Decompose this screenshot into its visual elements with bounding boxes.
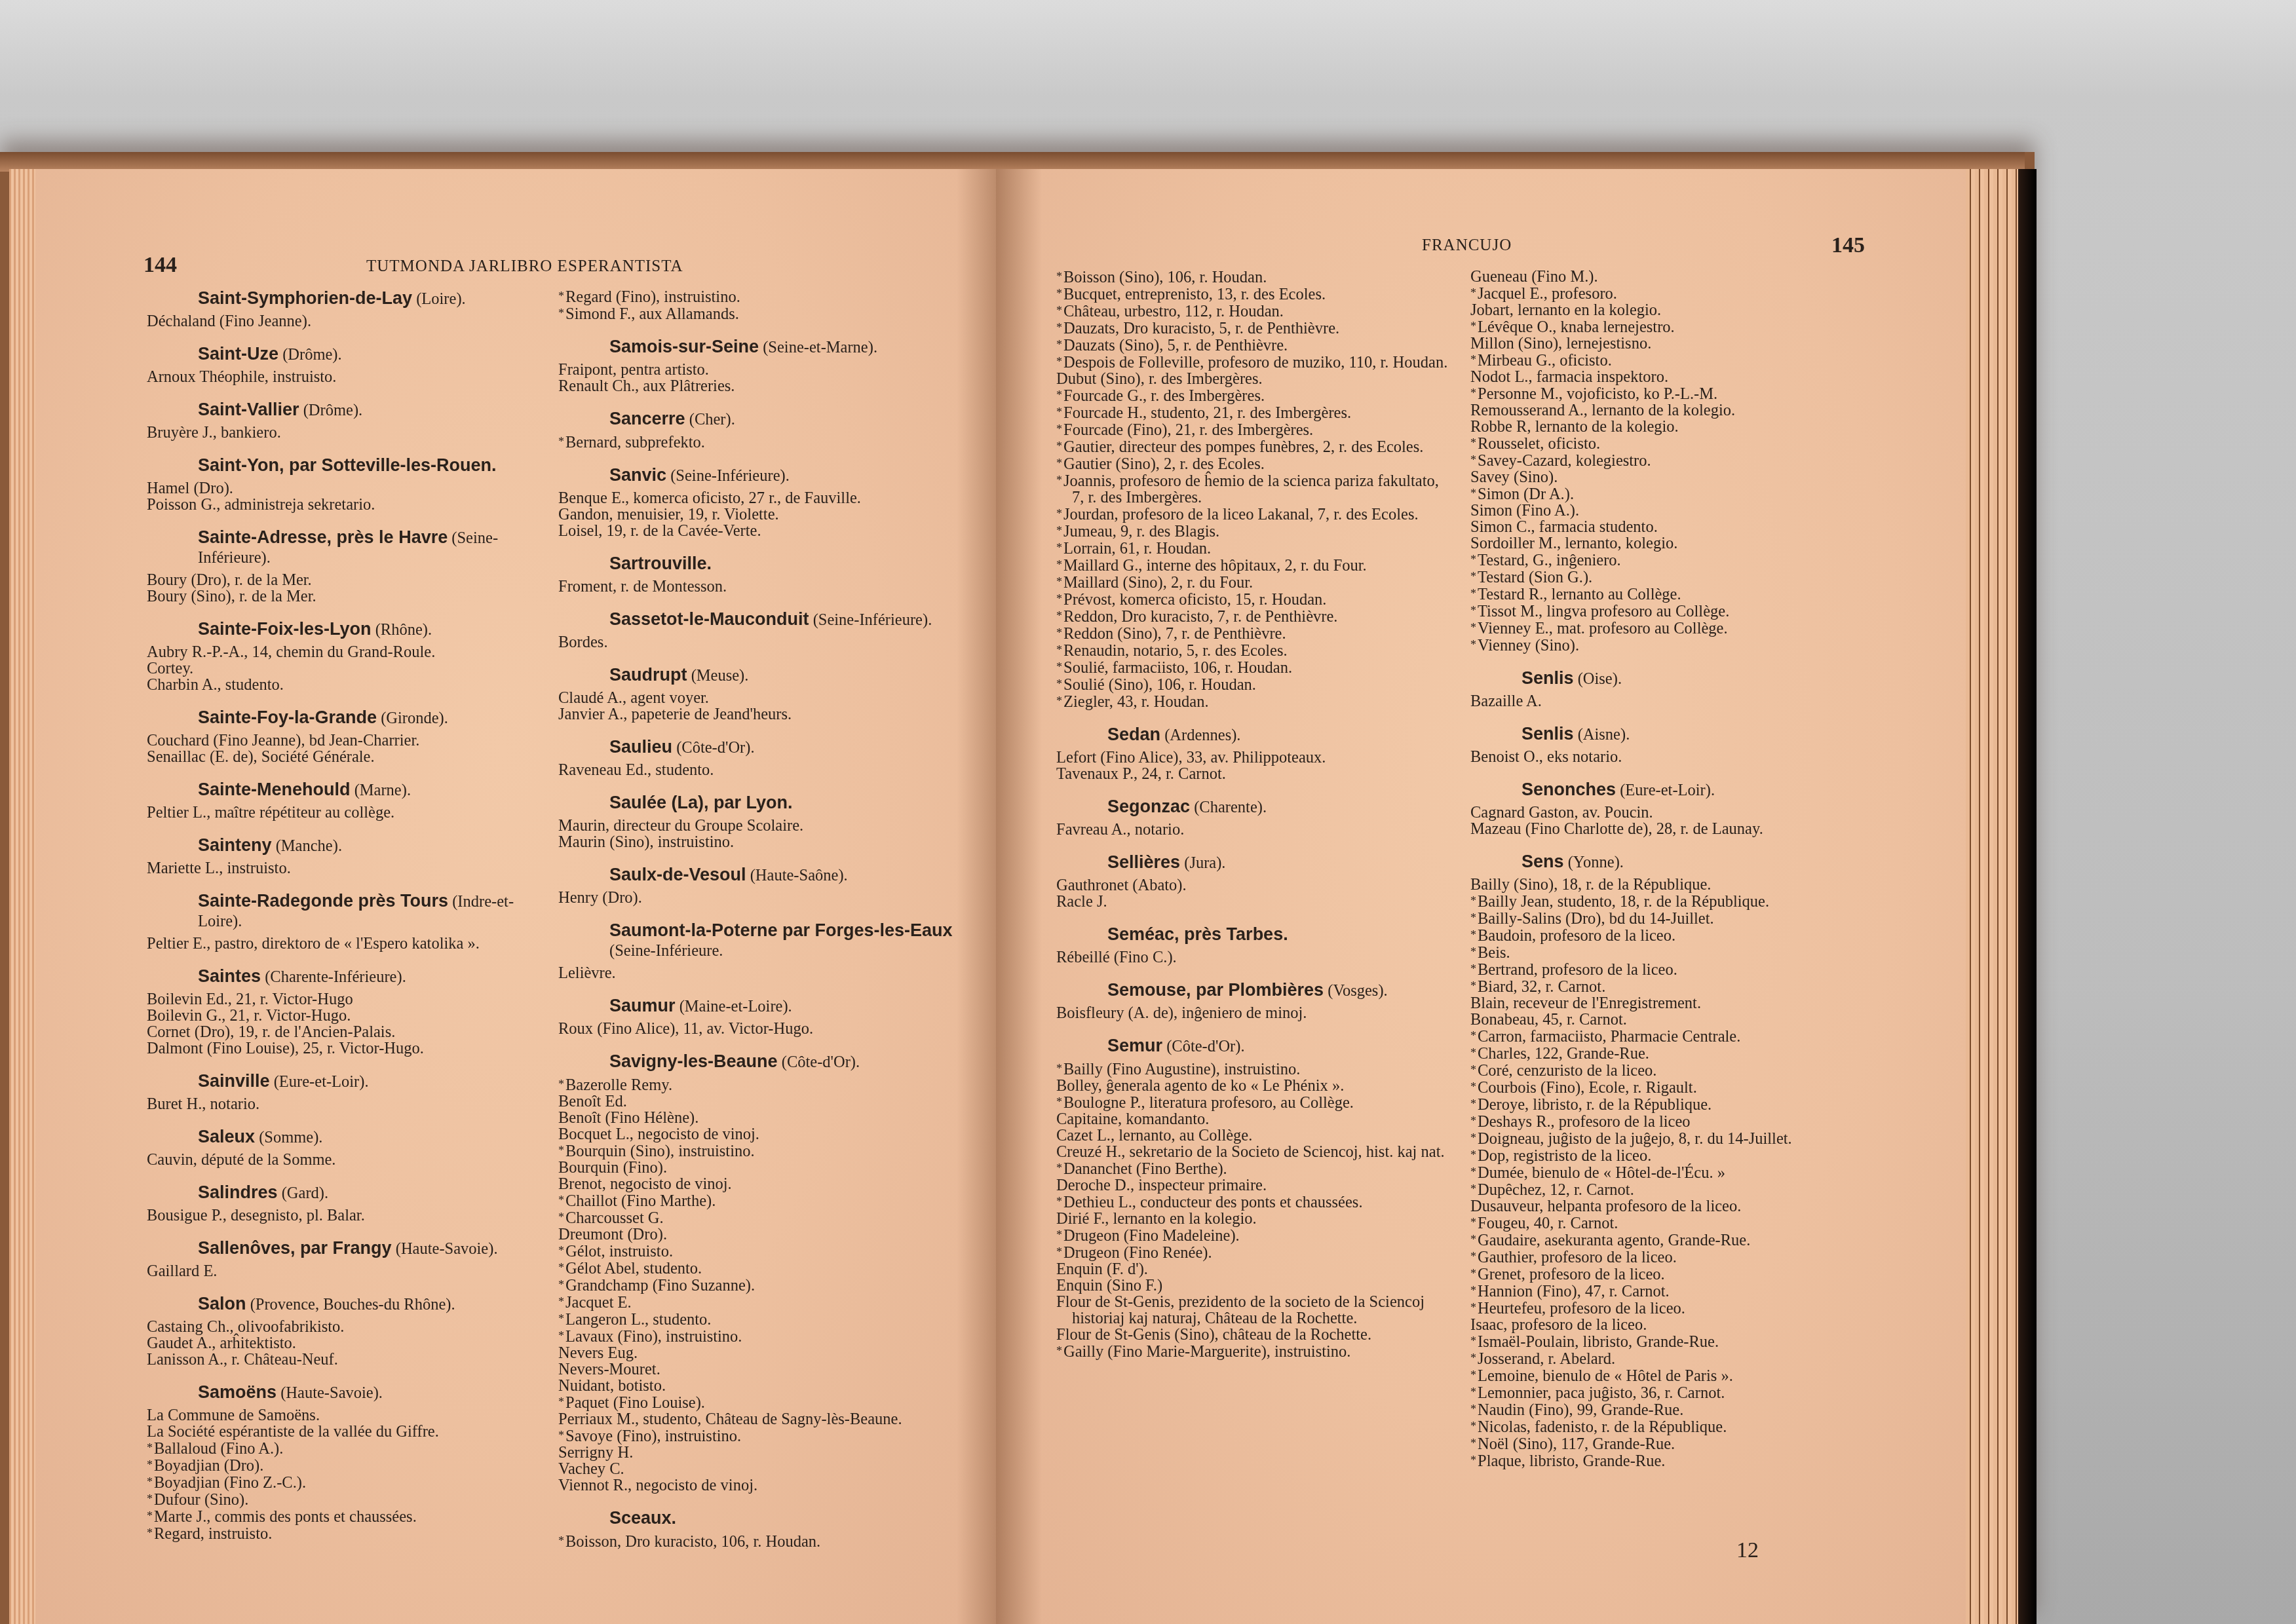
member-entry: *Lemonnier, paca juĝisto, 36, r. Carnot.	[1470, 1384, 1877, 1401]
member-text: Gélot, instruisto.	[565, 1243, 673, 1260]
member-entry: *Ismaël-Poulain, libristo, Grande-Rue.	[1470, 1333, 1877, 1350]
city-heading: Senonches (Eure-et-Loir).	[1470, 780, 1877, 801]
member-entry: Jobart, lernanto en la kolegio.	[1470, 302, 1877, 318]
member-text: Bazerolle Remy.	[565, 1076, 672, 1094]
asterisk-marker-icon: *	[1470, 621, 1476, 634]
city-heading: Sartrouville.	[558, 554, 965, 575]
asterisk-marker-icon: *	[1056, 1344, 1062, 1357]
region-label: (Drôme).	[282, 346, 341, 364]
city-heading: Sainteny (Manche).	[147, 835, 553, 856]
city-heading: Saulx-de-Vesoul (Haute-Saône).	[558, 865, 965, 886]
member-entry: Déchaland (Fino Jeanne).	[147, 313, 553, 330]
city-name: Saulieu	[609, 737, 672, 757]
member-entry: Bonabeau, 45, r. Carnot.	[1470, 1011, 1877, 1028]
region-label: (Seine-Inférieure).	[670, 467, 790, 485]
member-entry: Benque E., komerca oficisto, 27 r., de F…	[558, 490, 965, 506]
region-label: (Haute-Saône).	[750, 867, 848, 884]
member-text: Maillard G., interne des hôpitaux, 2, r.…	[1063, 557, 1367, 575]
region-label: (Loire).	[416, 290, 466, 308]
member-entry: Arnoux Théophile, instruisto.	[147, 369, 553, 385]
member-entry: *Josserand, r. Abelard.	[1470, 1350, 1877, 1367]
member-entry: Remousserand A., lernanto de la kolegio.	[1470, 402, 1877, 419]
member-entry: *Savoye (Fino), instruistino.	[558, 1427, 965, 1445]
member-entry: Benoît Ed.	[558, 1093, 965, 1110]
member-entry: Capitaine, komandanto.	[1056, 1111, 1449, 1127]
member-entry: Aubry R.-P.-A., 14, chemin du Grand-Roul…	[147, 644, 553, 660]
member-text: Couchard (Fino Jeanne), bd Jean-Charrier…	[147, 732, 419, 749]
member-entry: Peltier E., pastro, direktoro de « l'Esp…	[147, 935, 553, 952]
member-entry: Bordes.	[558, 634, 965, 651]
region-label: (Rhône).	[375, 621, 432, 639]
asterisk-marker-icon: *	[1470, 1165, 1476, 1179]
member-entry: La Commune de Samoëns.	[147, 1407, 553, 1424]
city-name: Saumont-la-Poterne par Forges-les-Eaux	[609, 920, 953, 940]
asterisk-marker-icon: *	[558, 290, 564, 303]
member-entry: *Langeron L., studento.	[558, 1311, 965, 1328]
asterisk-marker-icon: *	[1056, 457, 1062, 470]
member-entry: Couchard (Fino Jeanne), bd Jean-Charrier…	[147, 732, 553, 749]
asterisk-marker-icon: *	[1056, 406, 1062, 419]
member-text: Reddon (Sino), 7, r. de Penthièvre.	[1063, 625, 1286, 643]
member-entry: *Gauthier, profesoro de la liceo.	[1470, 1249, 1877, 1266]
member-text: Chaillot (Fino Marthe).	[565, 1192, 716, 1210]
member-text: Courbois (Fino), Ecole, r. Rigault.	[1478, 1079, 1697, 1097]
member-entry: *Fourcade H., studento, 21, r. des Imber…	[1056, 404, 1449, 421]
member-entry: *Lavaux (Fino), instruistino.	[558, 1328, 965, 1345]
member-text: Mariette L., instruisto.	[147, 859, 291, 877]
asterisk-marker-icon: *	[1056, 694, 1062, 708]
member-entry: *Vienney (Sino).	[1470, 637, 1877, 654]
asterisk-marker-icon: *	[558, 307, 564, 320]
member-entry: *Noël (Sino), 117, Grande-Rue.	[1470, 1435, 1877, 1452]
member-entry: *Boisson (Sino), 106, r. Houdan.	[1056, 269, 1449, 286]
city-name: Sellières	[1107, 852, 1180, 872]
member-entry: *Fourcade G., r. des Imbergères.	[1056, 387, 1449, 404]
member-text: Aubry R.-P.-A., 14, chemin du Grand-Roul…	[147, 643, 435, 661]
member-text: Paquet (Fino Louise).	[565, 1394, 705, 1412]
book-edge-shadow	[2018, 169, 2037, 1624]
member-text: Capitaine, komandanto.	[1056, 1110, 1209, 1128]
member-text: Bailly-Salins (Dro), bd du 14-Juillet.	[1478, 910, 1714, 928]
member-text: Arnoux Théophile, instruisto.	[147, 368, 336, 386]
member-text: Enquin (Sino F.)	[1056, 1277, 1162, 1294]
city-name: Saint-Yon, par Sotteville-les-Rouen.	[198, 455, 497, 475]
member-entry: Dubut (Sino), r. des Imbergères.	[1056, 371, 1449, 387]
member-entry: *Naudin (Fino), 99, Grande-Rue.	[1470, 1401, 1877, 1418]
asterisk-marker-icon: *	[1470, 487, 1476, 500]
page-number: 145	[1831, 233, 1865, 258]
member-entry: *Plaque, libristo, Grande-Rue.	[1470, 1452, 1877, 1469]
member-entry: *Jumeau, 9, r. des Blagis.	[1056, 523, 1449, 540]
member-text: Remousserand A., lernanto de la kolegio.	[1470, 402, 1735, 419]
city-name: Sassetot-le-Mauconduit	[609, 609, 809, 629]
asterisk-marker-icon: *	[1470, 587, 1476, 600]
member-text: Cortey.	[147, 660, 193, 677]
member-text: Dalmont (Fino Louise), 25, r. Victor-Hug…	[147, 1040, 424, 1057]
member-entry: Gaudet A., arĥitektisto.	[147, 1335, 553, 1351]
region-label: (Charente).	[1194, 799, 1267, 816]
asterisk-marker-icon: *	[1470, 1250, 1476, 1263]
member-text: Ballaloud (Fino A.).	[154, 1440, 283, 1458]
asterisk-marker-icon: *	[1470, 1420, 1476, 1433]
member-text: Fougeu, 40, r. Carnot.	[1478, 1215, 1618, 1232]
region-label: (Jura).	[1184, 854, 1225, 872]
city-name: Sainville	[198, 1071, 270, 1091]
member-entry: Enquin (F. d').	[1056, 1261, 1449, 1277]
member-text: Flour de St-Genis, prezidento de la soci…	[1056, 1293, 1425, 1327]
member-entry: Fraipont, pentra artisto.	[558, 362, 965, 378]
member-text: Noël (Sino), 117, Grande-Rue.	[1478, 1435, 1675, 1453]
member-entry: *Gélot Abel, studento.	[558, 1260, 965, 1277]
region-label: (Somme).	[259, 1129, 322, 1146]
member-entry: *Gautier (Sino), 2, r. des Ecoles.	[1056, 455, 1449, 472]
region-label: (Seine-Inférieure).	[813, 611, 932, 629]
member-text: Dumée, bienulo de « Hôtel-de-l'Écu. »	[1478, 1164, 1725, 1182]
member-entry: Nevers-Mouret.	[558, 1361, 965, 1378]
member-text: Jourdan, profesoro de la liceo Lakanal, …	[1063, 506, 1419, 523]
region-label: (Oise).	[1578, 670, 1622, 688]
member-text: Mirbeau G., oficisto.	[1478, 352, 1612, 369]
directory-column: Gueneau (Fino M.).*Jacquel E., profesoro…	[1470, 269, 1877, 1469]
member-entry: Savey (Sino).	[1470, 469, 1877, 485]
city-heading: Sainte-Radegonde près Tours (Indre-et-Lo…	[147, 891, 553, 932]
member-text: La Société espérantiste de la vallée du …	[147, 1423, 439, 1441]
member-text: Creuzé H., sekretario de la Societo de S…	[1056, 1143, 1445, 1161]
member-text: Boulogne P., literatura profesoro, au Co…	[1063, 1094, 1354, 1112]
member-text: Grandchamp (Fino Suzanne).	[565, 1277, 755, 1294]
member-entry: *Jourdan, profesoro de la liceo Lakanal,…	[1056, 506, 1449, 523]
region-label: (Vosges).	[1328, 982, 1387, 1000]
member-text: Perriaux M., studento, Château de Sagny-…	[558, 1410, 902, 1428]
member-entry: *Gautier, directeur des pompes funèbres,…	[1056, 438, 1449, 455]
member-text: Beis.	[1478, 944, 1510, 962]
city-name: Senlis	[1521, 724, 1574, 744]
member-text: Simon (Fino A.).	[1470, 502, 1579, 519]
region-label: (Ardennes).	[1164, 727, 1240, 744]
member-text: Boilevin G., 21, r. Victor-Hugo.	[147, 1007, 351, 1025]
member-entry: *Vienney E., mat. profesoro au Collège.	[1470, 620, 1877, 637]
asterisk-marker-icon: *	[1470, 911, 1476, 924]
city-name: Sainte-Foix-les-Lyon	[198, 619, 372, 639]
member-entry: *Jacquel E., profesoro.	[1470, 285, 1877, 302]
member-entry: *Gaudaire, asekuranta agento, Grande-Rue…	[1470, 1232, 1877, 1249]
asterisk-marker-icon: *	[1470, 979, 1476, 992]
region-label: (Charente-Inférieure).	[265, 968, 406, 986]
member-entry: Mariette L., instruisto.	[147, 860, 553, 877]
member-entry: *Bernard, subprefekto.	[558, 434, 965, 451]
member-entry: *Chaillot (Fino Marthe).	[558, 1192, 965, 1209]
member-text: Coré, cenzuristo de la liceo.	[1478, 1062, 1656, 1080]
asterisk-marker-icon: *	[1470, 894, 1476, 907]
member-entry: *Reddon, Dro kuracisto, 7, r. de Penthiè…	[1056, 608, 1449, 625]
member-text: Bonabeau, 45, r. Carnot.	[1470, 1011, 1627, 1029]
member-entry: *Joannis, profesoro de ĥemio de la scien…	[1056, 472, 1449, 506]
asterisk-marker-icon: *	[558, 1261, 564, 1274]
member-text: Prévost, komerca oficisto, 15, r. Houdan…	[1063, 591, 1326, 609]
member-text: Poisson G., administreja sekretario.	[147, 496, 375, 514]
member-text: Bertrand, profesoro de la liceo.	[1478, 961, 1677, 979]
member-text: Boisson, Dro kuracisto, 106, r. Houdan.	[565, 1533, 820, 1551]
member-text: Raveneau Ed., studento.	[558, 761, 714, 779]
region-label: (Marne).	[354, 782, 411, 799]
member-entry: *Lemoine, bienulo de « Hôtel de Paris ».	[1470, 1367, 1877, 1384]
member-text: Fourcade G., r. des Imbergères.	[1063, 387, 1265, 405]
member-text: Dauzats (Sino), 5, r. de Penthièvre.	[1063, 337, 1288, 354]
member-text: Claudé A., agent voyer.	[558, 689, 709, 707]
member-entry: *Deshays R., profesoro de la liceo	[1470, 1113, 1877, 1130]
member-text: Personne M., vojoficisto, ko P.-L.-M.	[1478, 385, 1717, 403]
member-entry: Brenot, negocisto de vinoj.	[558, 1176, 965, 1192]
member-entry: Gandon, menuisier, 19, r. Violette.	[558, 506, 965, 523]
asterisk-marker-icon: *	[1056, 1161, 1062, 1175]
member-entry: *Bertrand, profesoro de la liceo.	[1470, 961, 1877, 978]
member-entry: *Bailly (Fino Augustine), instruistino.	[1056, 1061, 1449, 1078]
member-entry: Dirié F., lernanto en la kolegio.	[1056, 1211, 1449, 1227]
member-text: Henry (Dro).	[558, 889, 642, 907]
left-page: 144 TUTMONDA JARLIBRO ESPERANTISTA Saint…	[9, 169, 996, 1624]
member-entry: Cornet (Dro), 19, r. de l'Ancien-Palais.	[147, 1024, 553, 1040]
member-entry: Lefort (Fino Alice), 33, av. Philippotea…	[1056, 749, 1449, 766]
asterisk-marker-icon: *	[1056, 660, 1062, 673]
member-text: Ziegler, 43, r. Houdan.	[1063, 693, 1209, 711]
member-entry: *Lévêque O., knaba lernejestro.	[1470, 318, 1877, 335]
member-entry: Nodot L., farmacia inspektoro.	[1470, 369, 1877, 385]
member-text: Gélot Abel, studento.	[565, 1260, 702, 1277]
member-text: Bordes.	[558, 633, 608, 651]
member-entry: Isaac, profesoro de la liceo.	[1470, 1317, 1877, 1333]
region-label: (Drôme).	[303, 402, 362, 419]
asterisk-marker-icon: *	[1056, 575, 1062, 588]
city-heading: Saumont-la-Poterne par Forges-les-Eaux (…	[558, 920, 965, 961]
member-entry: *Drugeon (Fino Renée).	[1056, 1244, 1449, 1261]
member-entry: *Soulié, farmaciisto, 106, r. Houdan.	[1056, 659, 1449, 676]
region-label: (Haute-Savoie).	[396, 1240, 498, 1258]
right-page: FRANCUJO 145 *Boisson (Sino), 106, r. Ho…	[996, 169, 2018, 1624]
member-text: Cazet L., lernanto, au Collège.	[1056, 1127, 1252, 1144]
asterisk-marker-icon: *	[1470, 453, 1476, 466]
asterisk-marker-icon: *	[1470, 286, 1476, 299]
member-entry: *Testard, G., inĝeniero.	[1470, 552, 1877, 569]
member-entry: Poisson G., administreja sekretario.	[147, 497, 553, 513]
asterisk-marker-icon: *	[1470, 387, 1476, 400]
city-heading: Saleux (Somme).	[147, 1127, 553, 1148]
asterisk-marker-icon: *	[1470, 962, 1476, 975]
asterisk-marker-icon: *	[1470, 945, 1476, 958]
member-text: Benoît (Fino Hélène).	[558, 1109, 698, 1127]
member-entry: Tavenaux P., 24, r. Carnot.	[1056, 766, 1449, 782]
member-entry: Boury (Sino), r. de la Mer.	[147, 588, 553, 605]
member-text: Brenot, negocisto de vinoj.	[558, 1175, 732, 1193]
member-entry: Buret H., notario.	[147, 1096, 553, 1112]
member-text: Gaudet A., arĥitektisto.	[147, 1334, 296, 1352]
member-entry: Enquin (Sino F.)	[1056, 1277, 1449, 1294]
city-name: Saulx-de-Vesoul	[609, 865, 746, 884]
member-text: Senaillac (E. de), Société Générale.	[147, 748, 375, 766]
asterisk-marker-icon: *	[1056, 541, 1062, 554]
asterisk-marker-icon: *	[1056, 1245, 1062, 1258]
region-label: (Côte-d'Or).	[782, 1053, 860, 1071]
member-text: Testard (Sion G.).	[1478, 569, 1592, 586]
city-heading: Salon (Provence, Bouches-du Rhône).	[147, 1294, 553, 1315]
member-text: Bucquet, entreprenisto, 13, r. des Ecole…	[1063, 286, 1326, 303]
city-heading: Sassetot-le-Mauconduit (Seine-Inférieure…	[558, 609, 965, 630]
member-text: Gueneau (Fino M.).	[1470, 268, 1598, 286]
asterisk-marker-icon: *	[558, 1144, 564, 1157]
city-heading: Saulée (La), par Lyon.	[558, 793, 965, 814]
member-entry: *Marte J., commis des ponts et chaussées…	[147, 1508, 553, 1525]
city-name: Sainte-Menehould	[198, 780, 351, 799]
member-text: Loisel, 19, r. de la Cavée-Verte.	[558, 522, 761, 540]
member-entry: Boilevin Ed., 21, r. Victor-Hugo	[147, 991, 553, 1008]
member-text: Baudoin, profesoro de la liceo.	[1478, 927, 1675, 945]
member-entry: *Simond F., aux Allamands.	[558, 305, 965, 322]
member-entry: Boilevin G., 21, r. Victor-Hugo.	[147, 1008, 553, 1024]
member-entry: *Grenet, profesoro de la liceo.	[1470, 1266, 1877, 1283]
asterisk-marker-icon: *	[1470, 1267, 1476, 1280]
member-text: Joannis, profesoro de ĥemio de la scienc…	[1063, 472, 1439, 506]
member-text: Regard (Fino), instruistino.	[565, 288, 740, 306]
city-heading: Sceaux.	[558, 1508, 965, 1529]
member-text: Dupêchez, 12, r. Carnot.	[1478, 1181, 1634, 1199]
running-head: TUTMONDA JARLIBRO ESPERANTISTA	[366, 257, 683, 276]
member-entry: Blain, receveur de l'Enregistrement.	[1470, 995, 1877, 1011]
city-heading: Sellières (Jura).	[1056, 852, 1449, 873]
member-entry: *Testard R., lernanto au Collège.	[1470, 586, 1877, 603]
member-entry: Nuidant, botisto.	[558, 1378, 965, 1394]
city-heading: Saint-Uze (Drôme).	[147, 344, 553, 365]
member-text: Viennot R., negocisto de vinoj.	[558, 1477, 757, 1494]
asterisk-marker-icon: *	[558, 1312, 564, 1325]
asterisk-marker-icon: *	[1470, 553, 1476, 566]
member-text: Gandon, menuisier, 19, r. Violette.	[558, 506, 779, 523]
asterisk-marker-icon: *	[1470, 1114, 1476, 1127]
city-name: Sallenôves, par Frangy	[198, 1238, 392, 1258]
member-entry: *Boyadjian (Fino Z.-C.).	[147, 1474, 553, 1491]
city-name: Saintes	[198, 966, 261, 986]
member-text: Dubut (Sino), r. des Imbergères.	[1056, 370, 1263, 388]
member-text: Charbin A., studento.	[147, 676, 284, 694]
asterisk-marker-icon: *	[1056, 338, 1062, 351]
asterisk-marker-icon: *	[1056, 474, 1062, 487]
city-name: Samoëns	[198, 1382, 277, 1402]
city-heading: Segonzac (Charente).	[1056, 797, 1449, 818]
member-entry: *Gailly (Fino Marie-Marguerite), instrui…	[1056, 1343, 1449, 1360]
member-entry: *Boulogne P., literatura profesoro, au C…	[1056, 1094, 1449, 1111]
member-text: Dusauveur, helpanta profesoro de la lice…	[1470, 1198, 1741, 1215]
member-text: Boyadjian (Dro).	[154, 1457, 263, 1475]
member-entry: Robbe R, lernanto de la kolegio.	[1470, 419, 1877, 435]
member-entry: Charbin A., studento.	[147, 677, 553, 693]
member-text: La Commune de Samoëns.	[147, 1407, 320, 1424]
region-label: (Eure-et-Loir).	[274, 1073, 369, 1091]
member-entry: *Château, urbestro, 112, r. Houdan.	[1056, 303, 1449, 320]
member-text: Savoye (Fino), instruistino.	[565, 1427, 741, 1445]
member-text: Buret H., notario.	[147, 1095, 259, 1113]
asterisk-marker-icon: *	[1056, 677, 1062, 690]
asterisk-marker-icon: *	[558, 1295, 564, 1308]
member-entry: *Dethieu L., conducteur des ponts et cha…	[1056, 1194, 1449, 1211]
member-entry: *Maillard G., interne des hôpitaux, 2, r…	[1056, 557, 1449, 574]
member-text: Marte J., commis des ponts et chaussées.	[154, 1508, 417, 1526]
city-name: Sceaux.	[609, 1508, 676, 1528]
asterisk-marker-icon: *	[147, 1492, 153, 1505]
asterisk-marker-icon: *	[1470, 1284, 1476, 1297]
member-entry: Cortey.	[147, 660, 553, 677]
member-entry: *Dananchet (Fino Berthe).	[1056, 1160, 1449, 1177]
member-text: Drugeon (Fino Madeleine).	[1063, 1227, 1240, 1245]
member-entry: *Ballaloud (Fino A.).	[147, 1440, 553, 1457]
member-text: Robbe R, lernanto de la kolegio.	[1470, 418, 1679, 436]
member-entry: Gueneau (Fino M.).	[1470, 269, 1877, 285]
asterisk-marker-icon: *	[1056, 558, 1062, 571]
city-heading: Sainte-Adresse, près le Havre (Seine-Inf…	[147, 527, 553, 568]
member-text: Fraipont, pentra artisto.	[558, 361, 709, 379]
member-text: Lavaux (Fino), instruistino.	[565, 1328, 742, 1346]
city-heading: Saintes (Charente-Inférieure).	[147, 966, 553, 987]
member-entry: *Testard (Sion G.).	[1470, 569, 1877, 586]
city-name: Senlis	[1521, 668, 1574, 688]
asterisk-marker-icon: *	[1056, 592, 1062, 605]
member-text: Château, urbestro, 112, r. Houdan.	[1063, 303, 1284, 320]
member-text: Cornet (Dro), 19, r. de l'Ancien-Palais.	[147, 1023, 395, 1041]
member-text: Testard, G., inĝeniero.	[1478, 552, 1621, 569]
city-heading: Sainville (Eure-et-Loir).	[147, 1071, 553, 1092]
member-text: Gaudaire, asekuranta agento, Grande-Rue.	[1478, 1232, 1750, 1249]
asterisk-marker-icon: *	[1056, 1228, 1062, 1241]
asterisk-marker-icon: *	[1470, 1063, 1476, 1076]
city-heading: Savigny-les-Beaune (Côte-d'Or).	[558, 1051, 965, 1072]
member-text: Savey-Cazard, kolegiestro.	[1478, 452, 1651, 470]
member-entry: *Drugeon (Fino Madeleine).	[1056, 1227, 1449, 1244]
member-text: Vienney E., mat. profesoro au Collège.	[1478, 620, 1728, 637]
member-text: Nevers Eug.	[558, 1344, 638, 1362]
member-entry: *Personne M., vojoficisto, ko P.-L.-M.	[1470, 385, 1877, 402]
asterisk-marker-icon: *	[1056, 524, 1062, 537]
member-entry: Deroche D., inspecteur primaire.	[1056, 1177, 1449, 1194]
asterisk-marker-icon: *	[1056, 270, 1062, 283]
city-name: Sanvic	[609, 465, 666, 485]
member-entry: Bousigue P., desegnisto, pl. Balar.	[147, 1207, 553, 1224]
member-entry: Bruyère J., bankiero.	[147, 425, 553, 441]
member-entry: Gaillard E.	[147, 1263, 553, 1279]
member-entry: *Carron, farmaciisto, Pharmacie Centrale…	[1470, 1028, 1877, 1045]
asterisk-marker-icon: *	[558, 1278, 564, 1291]
asterisk-marker-icon: *	[1056, 1095, 1062, 1108]
member-entry: Hamel (Dro).	[147, 480, 553, 497]
asterisk-marker-icon: *	[1056, 423, 1062, 436]
member-text: Racle J.	[1056, 893, 1107, 911]
member-text: Froment, r. de Montesson.	[558, 578, 727, 595]
city-name: Senonches	[1521, 780, 1616, 799]
city-name: Seméac, près Tarbes.	[1107, 924, 1288, 944]
member-text: Bernard, subprefekto.	[565, 434, 705, 451]
member-entry: Rébeillé (Fino C.).	[1056, 949, 1449, 966]
member-text: Flour de St-Genis (Sino), château de la …	[1056, 1326, 1371, 1344]
asterisk-marker-icon: *	[1056, 355, 1062, 368]
city-heading: Sallenôves, par Frangy (Haute-Savoie).	[147, 1238, 553, 1259]
member-entry: *Coré, cenzuristo de la liceo.	[1470, 1062, 1877, 1079]
city-heading: Saudrupt (Meuse).	[558, 665, 965, 686]
city-heading: Semur (Côte-d'Or).	[1056, 1036, 1449, 1057]
member-text: Deshays R., profesoro de la liceo	[1478, 1113, 1691, 1131]
member-entry: *Dauzats, Dro kuracisto, 5, r. de Penthi…	[1056, 320, 1449, 337]
page-edges	[1966, 169, 2018, 1624]
member-text: Lelièvre.	[558, 964, 616, 982]
member-entry: Gauthronet (Abato).	[1056, 877, 1449, 894]
city-name: Saudrupt	[609, 665, 687, 685]
region-label: (Cher).	[689, 411, 735, 428]
member-entry: Bolley, ĝenerala agento de ko « Le Phéni…	[1056, 1078, 1449, 1094]
